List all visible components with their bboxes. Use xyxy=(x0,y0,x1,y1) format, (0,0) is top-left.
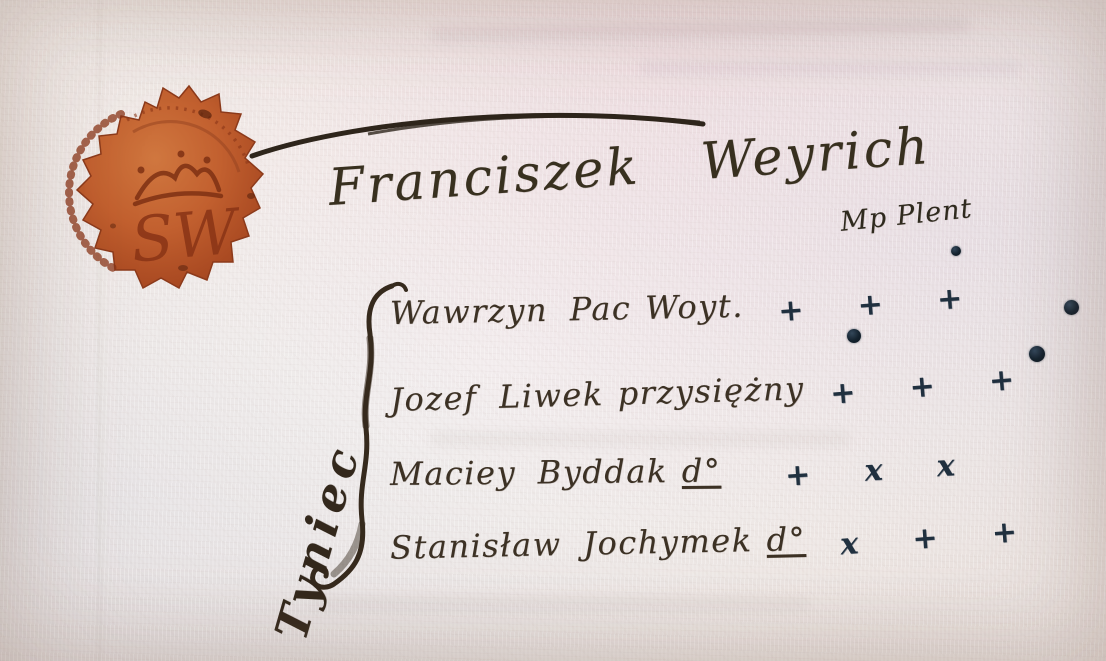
signer-title: d° xyxy=(682,452,722,490)
signer-title: przysiężny xyxy=(617,369,805,412)
verso-showthrough xyxy=(640,62,1020,74)
signer-line: Wawrzyn PacWoyt.+ + + xyxy=(390,282,980,332)
signer-name: Maciey Byddak xyxy=(390,452,668,493)
signer-marks: + + + xyxy=(829,361,1032,412)
signer-line: Jozef Liwekprzysiężny+ + + xyxy=(390,363,1033,419)
wax-seal: SW xyxy=(55,76,271,302)
verso-showthrough xyxy=(430,17,970,42)
signer-name: Stanisław Jochymek xyxy=(390,521,753,567)
ink-dot xyxy=(951,246,961,256)
ink-dot xyxy=(1029,346,1045,362)
signer-title: Woyt. xyxy=(645,287,744,327)
signer-name: Wawrzyn Pac xyxy=(390,289,632,332)
countersignature: Mp Plent xyxy=(839,193,974,238)
signer-title: d° xyxy=(766,520,806,559)
signer-name: Jozef Liwek xyxy=(390,375,605,419)
signer-marks: + x x xyxy=(784,447,973,494)
signer-marks: + + + xyxy=(777,280,980,330)
seal-monogram: SW xyxy=(128,194,244,276)
signer-line: Maciey Byddakd°+ x x xyxy=(390,449,972,493)
signer-marks: x + + xyxy=(839,513,1035,562)
signer-line: Stanisław Jochymekd°x + + xyxy=(390,515,1035,566)
verso-showthrough xyxy=(430,432,850,446)
ink-dot xyxy=(1064,300,1079,315)
manuscript-page: SW Franciszek Weyrich Mp Plent Tyniec Wa… xyxy=(0,0,1106,661)
ink-dot xyxy=(847,329,861,343)
